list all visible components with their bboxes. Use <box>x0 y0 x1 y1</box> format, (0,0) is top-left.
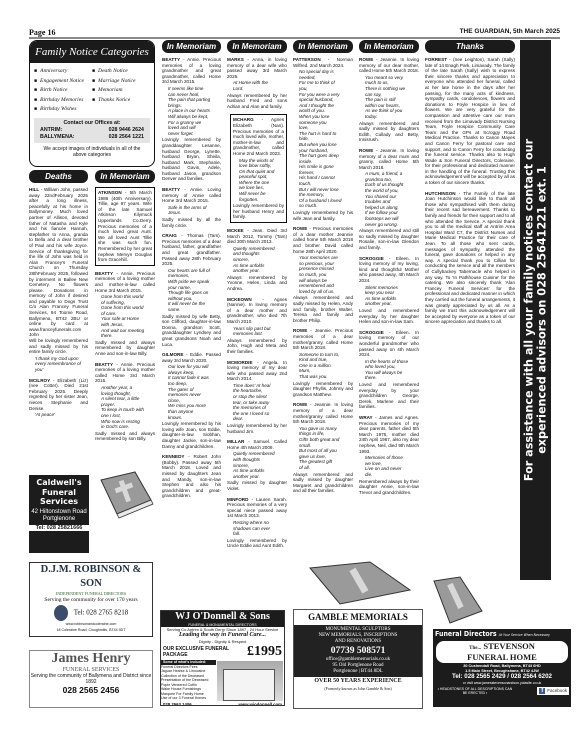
notice-verse: A mum, a friend, a grandma too, Each of … <box>359 171 419 227</box>
notice-verse: Someone to turn to, Kind and true, One i… <box>293 352 353 380</box>
memoriam-notice: BEATTY - Annie. Precious memories of a l… <box>95 362 155 442</box>
notice-name: FORREST <box>425 57 447 62</box>
memoriam-notice: ROWE - Jeannie. In loving memory of a de… <box>293 402 353 494</box>
memoriam-notice: ATKINSON - 5th March 1986 (40th Annivers… <box>95 187 155 266</box>
page-number: Page 16 <box>29 28 55 37</box>
notice-name: GILMORE <box>162 352 183 357</box>
notice-name: SCROGGIE <box>359 256 384 261</box>
in-memoriam-banner: In Memoriam <box>359 40 419 53</box>
deaths-column: Deaths HILL - William John, passed away … <box>29 170 88 423</box>
notice-name: ROWE <box>293 226 307 231</box>
memoriam-notice: BEATTY - Annie. Precious memories of a l… <box>95 271 155 357</box>
notice-name: BEATTY <box>162 57 180 62</box>
memoriam-notice: KENNEDY - Robert John (Bobby). Passed aw… <box>162 454 221 499</box>
category-item: Birth Notice <box>34 86 92 96</box>
office-name: BALLYMENA: <box>40 134 75 141</box>
notice-verse: Our hearts are full of memories, With pr… <box>162 268 221 313</box>
memoriam-notice: SCROGGIE - Eileen. In loving memory of o… <box>359 330 419 410</box>
funeral-home-photo <box>217 661 283 701</box>
notice-name: HILL <box>29 187 39 192</box>
deaths-banner: Deaths <box>29 170 88 183</box>
category-item: Death Notice <box>92 67 150 77</box>
category-item: Thanks Notice <box>92 96 150 106</box>
category-item: Birthday Memories <box>34 96 92 106</box>
memoriam-notice: MARKS - Anna, in loving memory of a dear… <box>227 57 287 109</box>
notice-name: ROWE <box>359 57 373 62</box>
bible-icon <box>430 575 485 625</box>
office-contacts: Contact our Offices at: ANTRIM:028 9446 … <box>34 118 150 143</box>
notice-verse: Years slip past but memories last. <box>227 326 287 337</box>
bible-icon <box>95 470 155 520</box>
notice-verse: Our love for you will always keep, It ca… <box>162 364 221 420</box>
office-phone: 028 2564 1221 <box>109 134 144 141</box>
notice-name: ATKINSON <box>98 190 122 195</box>
notice-name: SCROGGIE <box>359 330 384 335</box>
notice-name: BEATTY <box>95 362 113 367</box>
categories-title: Family Notice Categories <box>30 41 154 63</box>
notice-verse: 'At peace' <box>29 412 88 418</box>
caldwells-funeral-ad: Caldwell's Funeral Services 42 Hiltonsto… <box>29 475 89 553</box>
memoriam-notice: MILLAR - Samuel. Called Home 4th March 2… <box>227 439 287 491</box>
notice-verse: No special day is needed, For me to thin… <box>293 69 353 209</box>
thanks-banner: Thanks <box>425 40 515 53</box>
notice-name: MINFORD <box>227 497 248 502</box>
memoriam-notice: PATTERSON - Norman Wilfred. 2nd March 20… <box>293 57 353 221</box>
notice-verse: May the winds of love blow softly, On th… <box>233 158 284 203</box>
header-rule <box>29 37 560 39</box>
notice-verse: Memories of those we love, Live on and n… <box>359 455 419 477</box>
notice-verse: Your memories are so precious, your pres… <box>293 255 353 294</box>
office-name: ANTRIM: <box>40 127 62 134</box>
advert-text: For assistance with all your family noti… <box>523 139 548 481</box>
notice-name: ROWE <box>293 328 307 333</box>
memoriam-notice: GILMORE - Eddie. Passed away 3rd March 2… <box>162 352 221 449</box>
category-item: Anniversary <box>34 67 92 77</box>
in-memoriam-banner: In Memoriam <box>162 40 221 53</box>
contact-title: Contact our Offices at: <box>40 120 144 127</box>
notice-verse: You gave us many things in life, Gifts b… <box>293 426 353 471</box>
in-memoriam-banner: In Memoriam <box>227 40 287 53</box>
in-memoriam-banner: In Memoriam <box>293 40 353 53</box>
notice-verse: Gone from this world of suffering, Gone … <box>95 294 155 339</box>
djm-robinson-ad: D.J.M. ROBINSON & SON INDEPENDENT FUNERA… <box>29 562 153 637</box>
memoriam-notice: ROWE - Jeannie. In loving memory of our … <box>359 57 419 143</box>
categories-list: Anniversary Death Notice Engagement Noti… <box>30 63 154 117</box>
newspaper-page: Page 16 THE GUARDIAN, 5th March 2025 Fam… <box>0 0 580 737</box>
included-list: Some of what's included: Funeral Directo… <box>161 660 216 702</box>
memoriam-column-2: In Memoriam ATKINSON - 5th March 1986 (4… <box>95 170 155 447</box>
thanks-notice: HUTCHINSON - The Family of the late Joan… <box>425 191 515 325</box>
notice-name: MCKEE <box>227 228 244 233</box>
notice-name: MCKEOWN <box>227 297 252 302</box>
notice-verse: Another year, a loving thought, A silent… <box>95 385 155 430</box>
memoriam-notice: ROWE - Jeannie. In loving memory of a de… <box>359 148 419 251</box>
in-memoriam-banner: In Memoriam <box>95 170 155 183</box>
death-notice: MCILROY - Elizabeth (Liz) (nee Cotter). … <box>29 378 88 418</box>
notice-name: HUTCHINSON <box>425 191 456 196</box>
notice-name: ROWE <box>293 402 307 407</box>
crest-icon <box>54 605 68 621</box>
notice-name: MILLAR <box>227 439 244 444</box>
memoriam-notice: ROWE - Precious memories of a dear mothe… <box>293 226 353 323</box>
memoriam-notice: BEATTY - Annie. Loving memory of Annie c… <box>162 187 221 228</box>
memoriam-column-5: In Memoriam PATTERSON - Norman Wilfred. … <box>293 40 353 499</box>
notice-name: PATTERSON <box>293 57 321 62</box>
package-price: £1995 <box>247 644 282 660</box>
notice-verse: In the hearts of those who loved you, Yo… <box>359 359 419 381</box>
notice-verse: You meant so very much to us, There is n… <box>359 75 419 120</box>
notice-name: MCILROY <box>29 378 50 383</box>
family-notices-advert: For assistance with all your family noti… <box>520 40 551 580</box>
family-notice-categories: Family Notice Categories Anniversary Dea… <box>29 40 155 167</box>
notice-verse: Safe in the arms of Jesus. <box>162 205 221 216</box>
notice-name: MCMORDIE <box>227 360 253 365</box>
category-item: Birthday Wishes <box>34 105 92 115</box>
james-henry-ad: James Henry FUNERAL SERVICES Serving the… <box>29 650 153 708</box>
notice-name: MCHARG <box>233 117 254 122</box>
notice-name: KENNEDY <box>162 454 184 459</box>
notice-verse: Quietly remembered and thoughts sincere,… <box>227 246 287 274</box>
memoriam-notice-boxed: MCHARG - Agnes Elizabeth (Nan). Precious… <box>230 114 287 223</box>
memoriam-column-6: In Memoriam ROWE - Jeannie. In loving me… <box>359 40 419 500</box>
thanks-column: Thanks FORREST - (nee Leighton), Sarah (… <box>425 40 515 585</box>
notice-verse: At Home with the Lord. <box>227 80 287 91</box>
category-item: Memoriam <box>92 86 150 96</box>
memoriam-notice: ROWE - Jeannie. Precious memories of a d… <box>293 328 353 397</box>
memoriam-column-4: In Memoriam MARKS - Anna, in loving memo… <box>227 40 287 554</box>
thanks-notice: FORREST - (nee Leighton), Sarah (Sally) … <box>425 57 515 186</box>
masthead-date: THE GUARDIAN, 5th March 2025 <box>460 28 560 35</box>
notice-verse: Silent memories keep you near As time un… <box>359 285 419 307</box>
wj-odonnell-ad: WJ O'Donnell & Sons FUNERAL & MONUMENTAL… <box>160 610 285 706</box>
category-item: Marriage Notice <box>92 77 150 87</box>
memoriam-notice: MCKEOWN - Agnes (Nannie). In loving memo… <box>227 297 287 355</box>
facebook-icon: f <box>539 688 545 694</box>
memoriam-notice: BEATTY - Annie. Precious memories of a l… <box>162 57 221 182</box>
notice-verse: 'I thank my God upon every remembrance o… <box>29 356 88 373</box>
images-note: We accept images of individuals in all o… <box>30 144 154 160</box>
death-notice: HILL - William John, passed away 22ndFeb… <box>29 187 88 373</box>
notice-verse: Quietly remembered with thoughts sincere… <box>227 451 287 479</box>
bible-icon <box>300 560 420 605</box>
notice-name: WRAY <box>359 415 373 420</box>
notice-name: MARKS <box>227 57 244 62</box>
notice-name: BEATTY <box>95 271 113 276</box>
category-item: Engagement Notice <box>34 77 92 87</box>
memoriam-notice: MINFORD - Lauren Sarah. Precious memorie… <box>227 497 287 549</box>
notice-verse: It seems like time can never heal, The p… <box>162 86 221 136</box>
notice-name: ROWE <box>359 148 373 153</box>
notice-verse: Resting where no shadows can ever fall. <box>227 520 287 537</box>
memoriam-notice: WRAY - James and Agnes. Precious memorie… <box>359 415 419 495</box>
memoriam-notice: SCROGGIE - Eileen. In loving memory of m… <box>359 256 419 325</box>
memoriam-notice: MCKEE - Jean. Died 3rd March 2012, Tommy… <box>227 228 287 292</box>
office-phone: 028 9446 2624 <box>109 127 144 134</box>
memoriam-notice: MCMORDIE - Angela. In loving memory of m… <box>227 360 287 435</box>
memoriam-column-3: In Memoriam BEATTY - Annie. Precious mem… <box>162 40 221 504</box>
gamble-memorials-ad: GAMBLE MEMORIALS MONUMENTAL SCULPTORS NE… <box>293 609 423 709</box>
facebook-badge: fFacebook <box>537 687 569 695</box>
stevenson-funeral-home-ad: Funeral Directors At Your Service When N… <box>433 629 571 707</box>
memoriam-notice: CRAIG - Thomas (Tam). Precious memories … <box>162 233 221 347</box>
notice-name: BEATTY <box>162 187 180 192</box>
notice-verse: Time does' nt heal the heartache, or sto… <box>227 383 287 422</box>
notice-name: CRAIG <box>162 233 177 238</box>
